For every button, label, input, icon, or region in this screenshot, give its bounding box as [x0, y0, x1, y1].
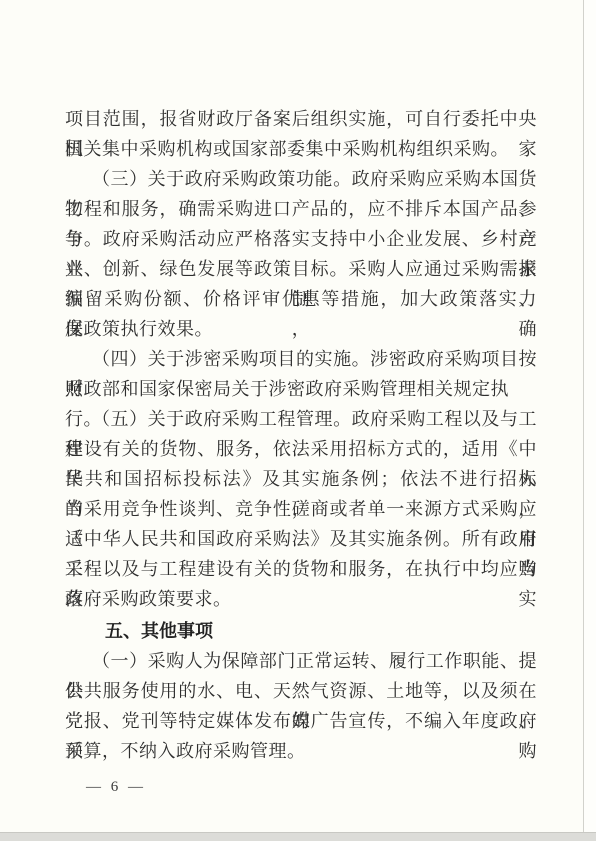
document-body: 项目范围，报省财政厅备案后组织实施，可自行委托中央国家 机关集中采购机构或国家部… — [65, 104, 537, 766]
text-line: 党报、党刊等特定媒体发布的广告宣传，不编入年度政府采购 — [65, 706, 537, 736]
text-line: 工程和服务，确需采购进口产品的，应不排斥本国产品参与竞 — [65, 194, 537, 224]
text-line: （一）采购人为保障部门正常运转、履行工作职能、提供 — [65, 646, 537, 676]
text-line: 机关集中采购机构或国家部委集中采购机构组织采购。 — [65, 134, 537, 164]
text-line: 项目范围，报省财政厅备案后组织实施，可自行委托中央国家 — [65, 104, 537, 134]
text-line: 工程以及与工程建设有关的货物和服务，在执行中均应当落实 — [65, 554, 537, 584]
text-line: 财政部和国家保密局关于涉密政府采购管理相关规定执行。 — [65, 374, 537, 404]
document-page: 项目范围，报省财政厅备案后组织实施，可自行委托中央国家 机关集中采购机构或国家部… — [0, 0, 596, 832]
text-line: 争。政府采购活动应严格落实支持中小企业发展、乡村产业振 — [65, 224, 537, 254]
text-line: 预留采购份额、价格评审优惠等措施，加大政策落实力度，确 — [65, 284, 537, 314]
section-heading: 五、其他事项 — [65, 616, 537, 646]
scan-edge-bottom — [0, 832, 596, 841]
text-line: 公共服务使用的水、电、天然气资源、土地等，以及须在党媒、 — [65, 676, 537, 706]
page-number: — 6 — — [86, 779, 146, 796]
text-line: 《中华人民共和国政府采购法》及其实施条例。所有政府采购 — [65, 524, 537, 554]
text-line: （五）关于政府采购工程管理。政府采购工程以及与工程 — [65, 404, 537, 434]
scan-right-margin — [584, 0, 596, 832]
text-line: （四）关于涉密采购项目的实施。涉密政府采购项目按照 — [65, 344, 537, 374]
text-line: 建设有关的货物、服务，依法采用招标方式的，适用《中华人 — [65, 434, 537, 464]
scan-edge-right — [583, 0, 584, 832]
text-line: 民共和国招标投标法》及其实施条例；依法不进行招标的，应 — [65, 464, 537, 494]
text-line: （三）关于政府采购政策功能。政府采购应采购本国货物、 — [65, 164, 537, 194]
text-line: 当采用竞争性谈判、竞争性磋商或者单一来源方式采购，适用 — [65, 494, 537, 524]
text-line: 兴、创新、绿色发展等政策目标。采购人应通过采购需求编制、 — [65, 254, 537, 284]
